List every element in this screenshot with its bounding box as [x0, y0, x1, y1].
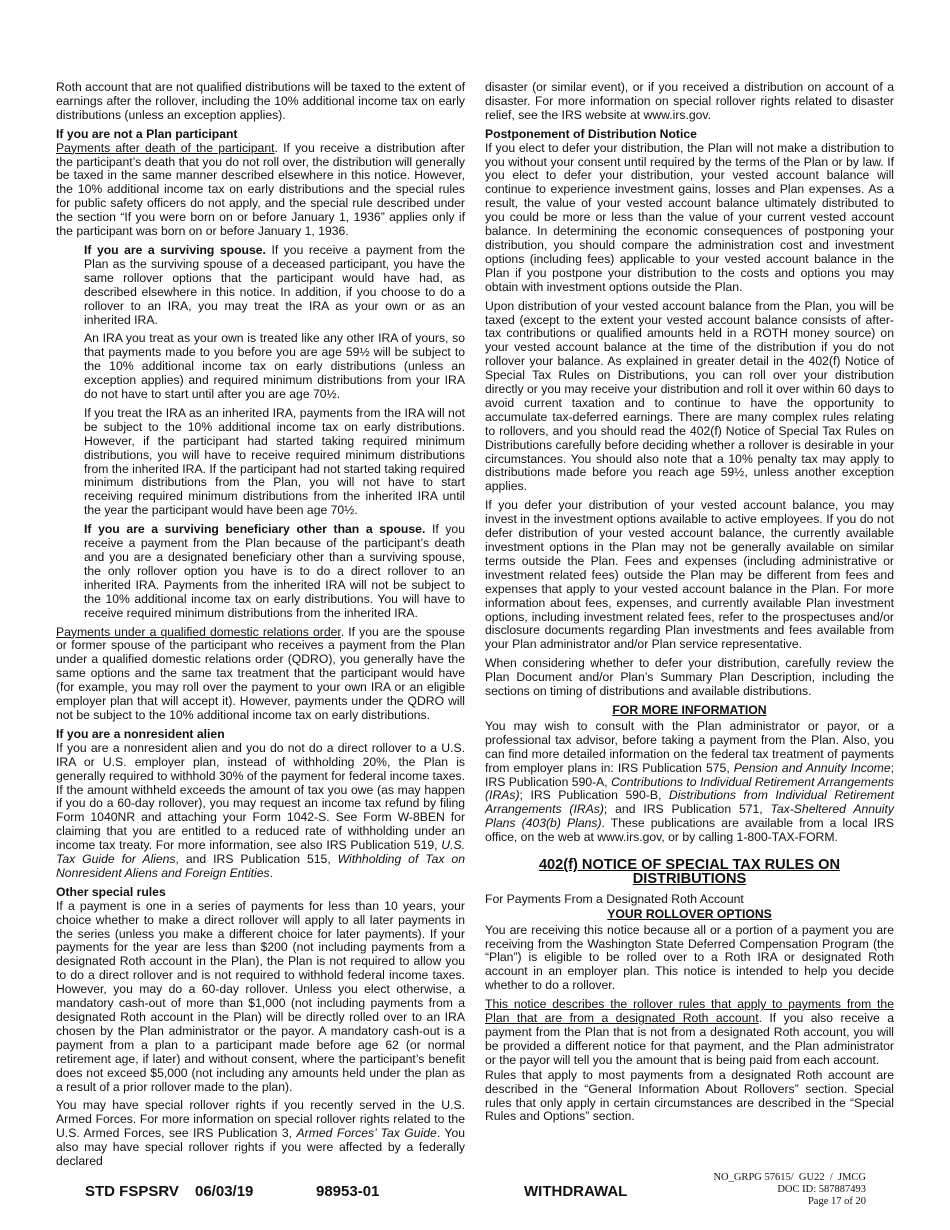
footer-doc-id: DOC ID: 587887493	[690, 1184, 866, 1196]
lead-in: If you are a surviving spouse.	[84, 243, 266, 257]
paragraph: If you defer your distribution of your v…	[485, 499, 894, 652]
footer-form-code: STD FSPSRV	[85, 1183, 179, 1200]
paragraph: You may have special rollover rights if …	[56, 1099, 465, 1169]
footer-page-number: Page 17 of 20	[690, 1196, 866, 1208]
section-heading: If you are a nonresident alien	[56, 728, 465, 742]
section-heading-centered: FOR MORE INFORMATION	[485, 704, 894, 718]
lead-in: If you are a surviving beneficiary other…	[84, 522, 425, 536]
footer-group-line: NO_GRPG 57615/ GU22 / JMCG	[690, 1172, 866, 1184]
paragraph: This notice describes the rollover rules…	[485, 998, 894, 1068]
paragraph: You are receiving this notice because al…	[485, 924, 894, 994]
paragraph: If you are a surviving beneficiary other…	[56, 523, 465, 620]
section-heading: If you are not a Plan participant	[56, 128, 465, 142]
footer-date: 06/03/19	[195, 1183, 253, 1200]
publication-title: Pension and Annuity Income	[734, 761, 891, 775]
notice-subtitle: For Payments From a Designated Roth Acco…	[485, 893, 894, 907]
paragraph: Payments under a qualified domestic rela…	[56, 626, 465, 723]
paragraph: If a payment is one in a series of payme…	[56, 900, 465, 1095]
footer-doc-type: WITHDRAWAL	[524, 1183, 627, 1200]
paragraph: Roth account that are not qualified dist…	[56, 81, 465, 123]
paragraph: You may wish to consult with the Plan ad…	[485, 720, 894, 845]
paragraph: When considering whether to defer your d…	[485, 657, 894, 699]
section-heading-centered: YOUR ROLLOVER OPTIONS	[485, 908, 894, 922]
paragraph: Rules that apply to most payments from a…	[485, 1069, 894, 1125]
notice-title: 402(f) NOTICE OF SPECIAL TAX RULES ON DI…	[485, 859, 894, 887]
section-heading: Other special rules	[56, 886, 465, 900]
paragraph: An IRA you treat as your own is treated …	[56, 332, 465, 402]
paragraph: If you elect to defer your distribution,…	[485, 142, 894, 295]
footer-form-number: 98953-01	[316, 1183, 379, 1200]
footer-doc-info: NO_GRPG 57615/ GU22 / JMCG DOC ID: 58788…	[690, 1172, 866, 1208]
right-column: disaster (or similar event), or if you r…	[485, 81, 894, 1129]
publication-title: Armed Forces’ Tax Guide	[297, 1126, 437, 1140]
subheading-underlined: Payments after death of the participant	[56, 141, 275, 155]
paragraph: Upon distribution of your vested account…	[485, 300, 894, 495]
paragraph: If you are a surviving spouse. If you re…	[56, 244, 465, 327]
subheading-underlined: Payments under a qualified domestic rela…	[56, 625, 341, 639]
paragraph: If you treat the IRA as an inherited IRA…	[56, 407, 465, 518]
paragraph: If you are a nonresident alien and you d…	[56, 742, 465, 881]
section-heading: Postponement of Distribution Notice	[485, 128, 894, 142]
paragraph: Payments after death of the participant.…	[56, 142, 465, 239]
left-column: Roth account that are not qualified dist…	[56, 81, 465, 1174]
paragraph: disaster (or similar event), or if you r…	[485, 81, 894, 123]
